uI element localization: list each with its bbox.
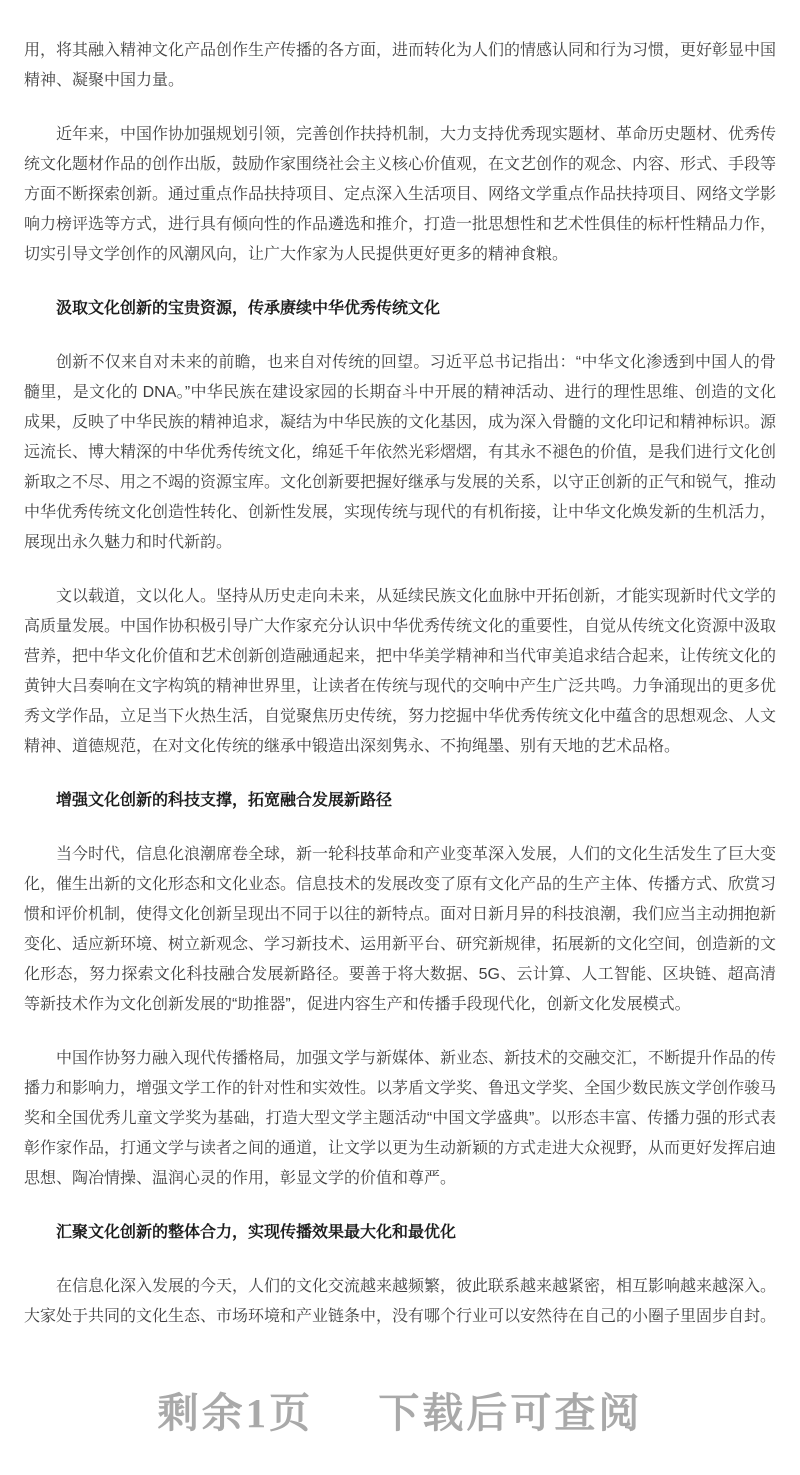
section-heading: 增强文化创新的科技支撑，拓宽融合发展新路径 (24, 786, 776, 816)
section-heading: 汇聚文化创新的整体合力，实现传播效果最大化和最优化 (24, 1218, 776, 1248)
body-paragraph: 在信息化深入发展的今天，人们的文化交流越来越频繁，彼此联系越来越紧密，相互影响越… (24, 1272, 776, 1332)
section-heading: 汲取文化创新的宝贵资源，传承赓续中华优秀传统文化 (24, 294, 776, 324)
download-hint-label: 下载后可查阅 (378, 1390, 642, 1436)
body-paragraph: 近年来，中国作协加强规划引领，完善创作扶持机制，大力支持优秀现实题材、革命历史题… (24, 120, 776, 270)
download-to-view-hint[interactable]: 剩余1页 下载后可查阅 (24, 1380, 776, 1439)
body-paragraph: 当今时代，信息化浪潮席卷全球，新一轮科技革命和产业变革深入发展，人们的文化生活发… (24, 840, 776, 1020)
document-page: 用，将其融入精神文化产品创作生产传播的各方面，进而转化为人们的情感认同和行为习惯… (0, 0, 800, 1475)
body-paragraph: 文以载道，文以化人。坚持从历史走向未来，从延续民族文化血脉中开拓创新，才能实现新… (24, 582, 776, 762)
body-paragraph: 中国作协努力融入现代传播格局，加强文学与新媒体、新业态、新技术的交融交汇，不断提… (24, 1044, 776, 1194)
body-paragraph: 创新不仅来自对未来的前瞻，也来自对传统的回望。习近平总书记指出：“中华文化渗透到… (24, 348, 776, 558)
body-paragraph: 用，将其融入精神文化产品创作生产传播的各方面，进而转化为人们的情感认同和行为习惯… (24, 36, 776, 96)
pages-remaining-label: 剩余1页 (158, 1390, 314, 1436)
